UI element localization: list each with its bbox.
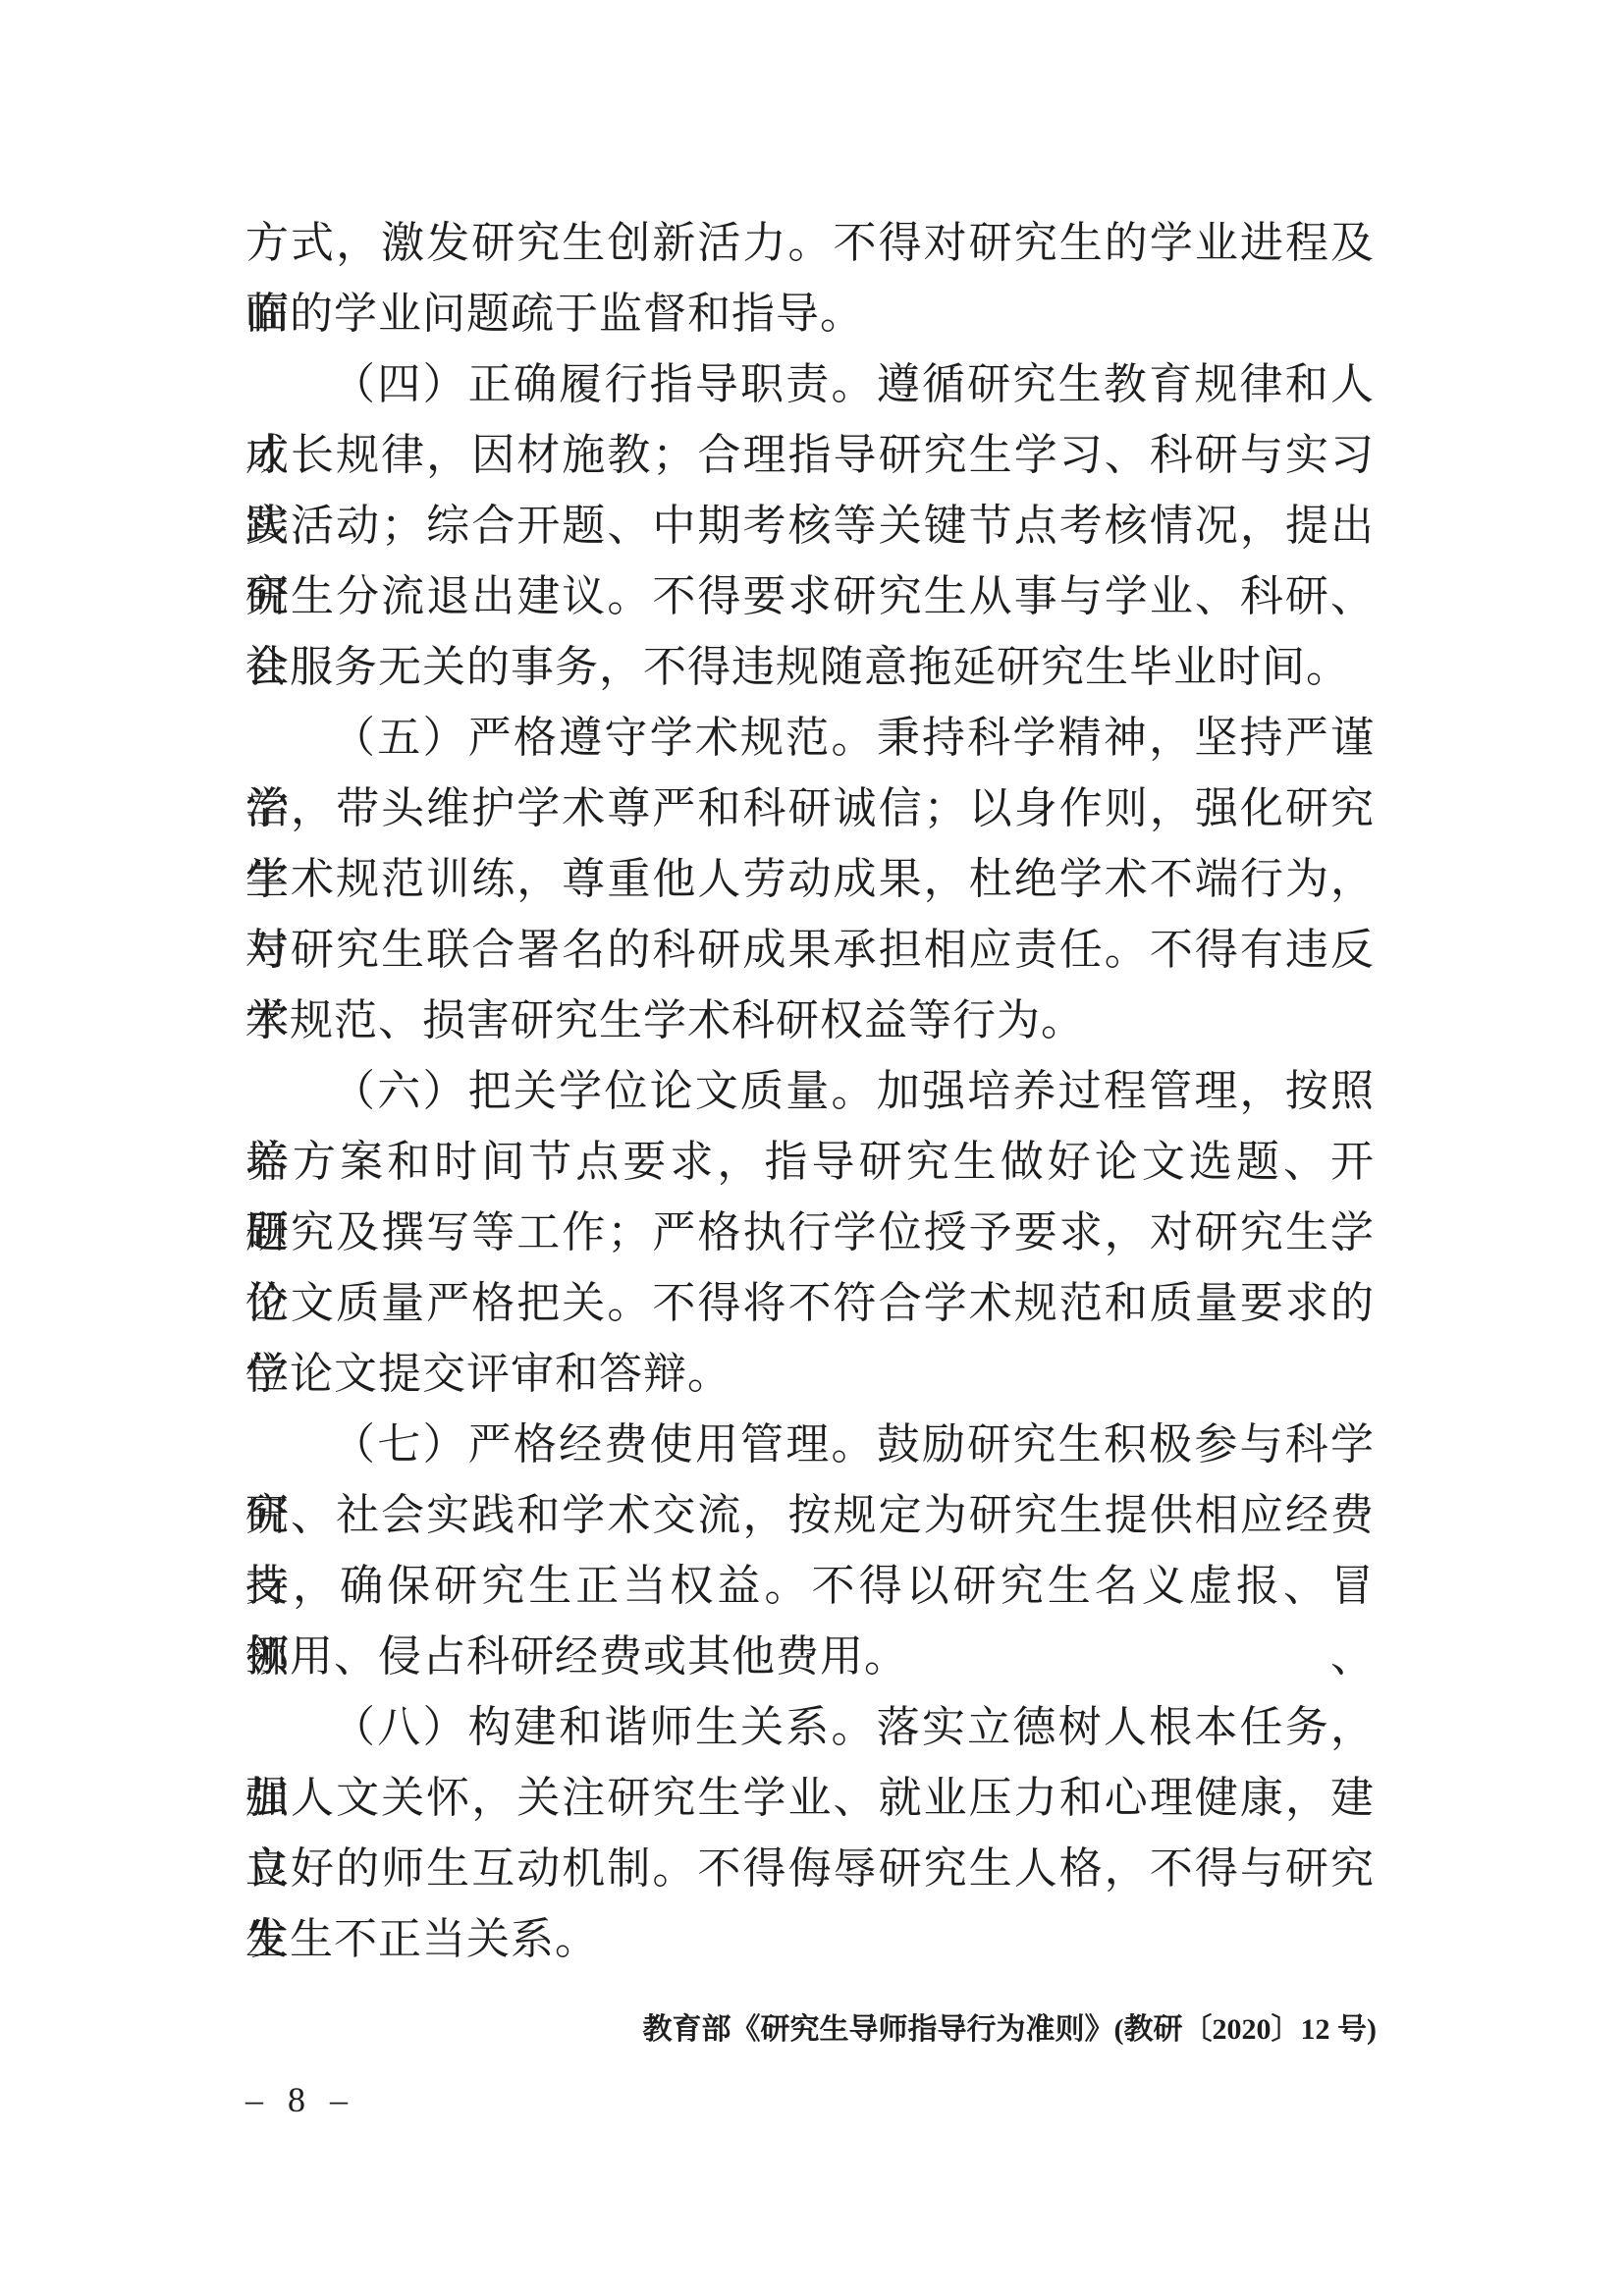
text-line: 养方案和时间节点要求，指导研究生做好论文选题、开题、 [245,1127,1375,1198]
page-number: – 8 – [245,2079,355,2120]
text-line: （六）把关学位论文质量。加强培养过程管理，按照培 [245,1056,1375,1127]
text-line: 研究及撰写等工作；严格执行学位授予要求，对研究生学位 [245,1198,1375,1268]
text-line: 发生不正当关系。 [245,1904,1375,1975]
text-line: 与研究生联合署名的科研成果承担相应责任。不得有违反学 [245,915,1375,986]
text-line: 学，带头维护学术尊严和科研诚信；以身作则，强化研究生 [245,774,1375,844]
citation-line: 教育部《研究生导师指导行为准则》(教研〔2020〕12 号) [245,2004,1377,2048]
text-line: （四）正确履行指导职责。遵循研究生教育规律和人才 [245,349,1375,420]
text-line: 学术规范训练，尊重他人劳动成果，杜绝学术不端行为，对 [245,844,1375,915]
text-line: 究、社会实践和学术交流，按规定为研究生提供相应经费支 [245,1480,1375,1551]
text-line: （七）严格经费使用管理。鼓励研究生积极参与科学研 [245,1410,1375,1480]
text-line: 良好的师生互动机制。不得侮辱研究生人格，不得与研究生 [245,1834,1375,1904]
text-line: 究生分流退出建议。不得要求研究生从事与学业、科研、社 [245,561,1375,632]
text-line: 术规范、损害研究生学术科研权益等行为。 [245,986,1375,1056]
text-line: 位论文提交评审和答辩。 [245,1339,1375,1410]
document-page: 方式，激发研究生创新活力。不得对研究生的学业进程及面临的学业问题疏于监督和指导。… [0,0,1624,2296]
text-line: （五）严格遵守学术规范。秉持科学精神，坚持严谨治 [245,703,1375,774]
text-line: 强人文关怀，关注研究生学业、就业压力和心理健康，建立 [245,1763,1375,1834]
text-line: 会服务无关的事务，不得违规随意拖延研究生毕业时间。 [245,632,1375,703]
text-line: 临的学业问题疏于监督和指导。 [245,279,1375,349]
text-line: 持，确保研究生正当权益。不得以研究生名义虚报、冒领、 [245,1551,1375,1622]
text-line: 践活动；综合开题、中期考核等关键节点考核情况，提出研 [245,491,1375,561]
body-text: 方式，激发研究生创新活力。不得对研究生的学业进程及面临的学业问题疏于监督和指导。… [245,208,1375,1975]
text-line: （八）构建和谐师生关系。落实立德树人根本任务，加 [245,1692,1375,1763]
text-line: 成长规律，因材施教；合理指导研究生学习、科研与实习实 [245,420,1375,491]
text-line: 方式，激发研究生创新活力。不得对研究生的学业进程及面 [245,208,1375,279]
text-line: 论文质量严格把关。不得将不符合学术规范和质量要求的学 [245,1268,1375,1339]
